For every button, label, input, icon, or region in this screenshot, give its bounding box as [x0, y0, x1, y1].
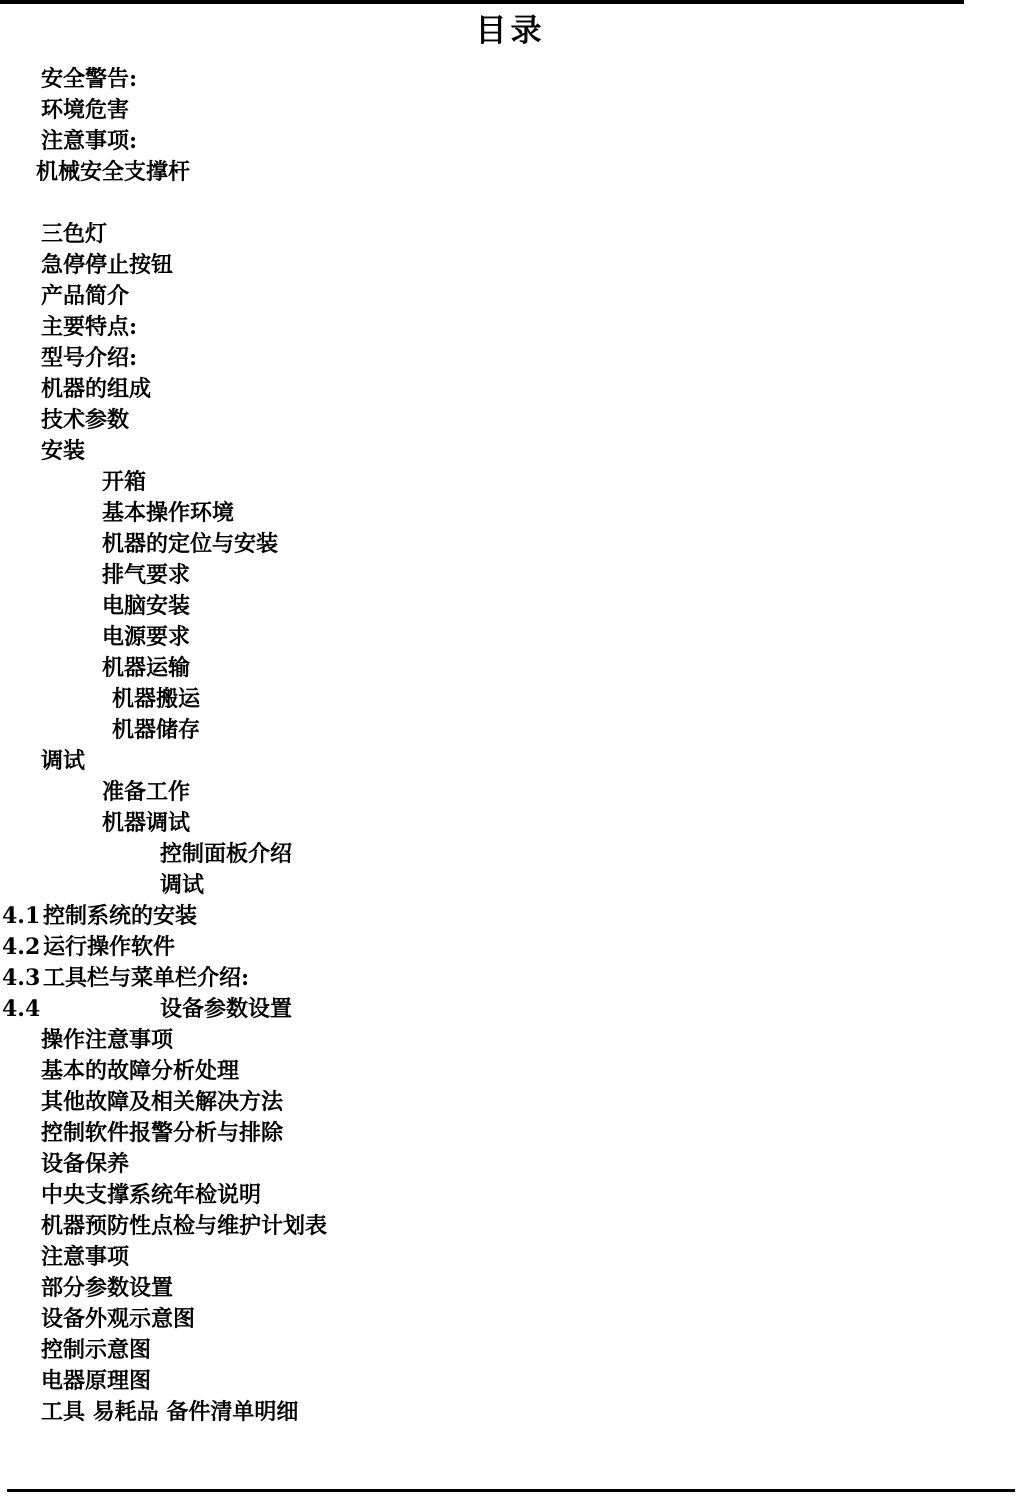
- toc-item-label: 调试: [160, 872, 204, 898]
- toc-item: 安装: [0, 436, 1021, 467]
- toc-item-label: 电脑安装: [102, 593, 190, 619]
- toc-item: 调试: [0, 870, 1021, 901]
- toc-item-label: 基本操作环境: [102, 500, 234, 526]
- toc-item-label: 设备外观示意图: [41, 1306, 195, 1332]
- toc-item: 设备保养: [0, 1149, 1021, 1180]
- toc-item: 开箱: [0, 467, 1021, 498]
- toc-item: 主要特点:: [0, 312, 1021, 343]
- toc-item-label: 机械安全支撑杆: [36, 159, 190, 185]
- toc-item: 急停停止按钮: [0, 250, 1021, 281]
- toc-item: 电器原理图: [0, 1366, 1021, 1397]
- toc-item-label: 运行操作软件: [43, 934, 175, 960]
- page-title: 目录: [0, 12, 1021, 50]
- toc-item: 机器运输: [0, 653, 1021, 684]
- toc-item: 注意事项: [0, 1242, 1021, 1273]
- toc-item-label: 机器的定位与安装: [102, 531, 278, 557]
- toc-item-label: 调试: [41, 748, 85, 774]
- toc-item: 机器搬运: [0, 684, 1021, 715]
- toc-item: 控制软件报警分析与排除: [0, 1118, 1021, 1149]
- toc-item-label: 机器运输: [102, 655, 190, 681]
- toc-item-label: 机器的组成: [41, 376, 151, 402]
- toc-item: 中央支撑系统年检说明: [0, 1180, 1021, 1211]
- toc-item-label: 机器储存: [112, 717, 200, 743]
- toc-item: 型号介绍:: [0, 343, 1021, 374]
- toc-item: 控制示意图: [0, 1335, 1021, 1366]
- toc-item: 操作注意事项: [0, 1025, 1021, 1056]
- toc-item: 部分参数设置: [0, 1273, 1021, 1304]
- toc-item: 电脑安装: [0, 591, 1021, 622]
- toc-item-label: 设备保养: [41, 1151, 129, 1177]
- toc-item-label: 产品简介: [41, 283, 129, 309]
- toc-item-label: 中央支撑系统年检说明: [41, 1182, 261, 1208]
- toc-item: 安全警告:: [0, 64, 1021, 95]
- toc-item-label: 排气要求: [102, 562, 190, 588]
- toc-item-label: 机器搬运: [112, 686, 200, 712]
- toc-item: 调试: [0, 746, 1021, 777]
- toc-item-label: 技术参数: [41, 407, 129, 433]
- toc-item: 技术参数: [0, 405, 1021, 436]
- toc-item: 排气要求: [0, 560, 1021, 591]
- toc-item-label: 环境危害: [41, 97, 129, 123]
- toc-item-label: 机器调试: [102, 810, 190, 836]
- footer-rule: [7, 1489, 1015, 1492]
- toc-item: 注意事项:: [0, 126, 1021, 157]
- toc-item-label: 设备参数设置: [160, 996, 292, 1022]
- toc-item-label: 安装: [41, 438, 85, 464]
- toc-item: 基本操作环境: [0, 498, 1021, 529]
- toc-item-label: 三色灯: [41, 221, 107, 247]
- toc-item: 机械安全支撑杆: [0, 157, 1021, 188]
- toc-item-number: 4.3: [2, 963, 43, 994]
- toc-item-label: 部分参数设置: [41, 1275, 173, 1301]
- toc-item-label: 工具 易耗品 备件清单明细: [41, 1399, 298, 1425]
- toc-item: 机器调试: [0, 808, 1021, 839]
- toc-item: 电源要求: [0, 622, 1021, 653]
- toc-item-label: 主要特点:: [41, 314, 137, 340]
- toc-spacer: [0, 188, 1021, 219]
- toc-item-label: 注意事项: [41, 1244, 129, 1270]
- toc-item-label: 控制示意图: [41, 1337, 151, 1363]
- toc-item: 三色灯: [0, 219, 1021, 250]
- toc-item-label: 机器预防性点检与维护计划表: [41, 1213, 327, 1239]
- toc-item-number: 4.2: [2, 932, 43, 963]
- toc-item-number: 4.1: [2, 901, 43, 932]
- toc-item-label: 开箱: [102, 469, 146, 495]
- toc-item-label: 控制软件报警分析与排除: [41, 1120, 283, 1146]
- toc-item-label: 电源要求: [102, 624, 190, 650]
- toc-item: 4.3工具栏与菜单栏介绍:: [0, 963, 1021, 994]
- toc-item: 环境危害: [0, 95, 1021, 126]
- toc-item: 机器的定位与安装: [0, 529, 1021, 560]
- toc-item: 工具 易耗品 备件清单明细: [0, 1397, 1021, 1428]
- toc-item: 准备工作: [0, 777, 1021, 808]
- toc-item-label: 操作注意事项: [41, 1027, 173, 1053]
- toc-item: 机器储存: [0, 715, 1021, 746]
- toc-item: 机器的组成: [0, 374, 1021, 405]
- toc-item-label: 准备工作: [102, 779, 190, 805]
- toc-item-label: 其他故障及相关解决方法: [41, 1089, 283, 1115]
- toc-item-label: 基本的故障分析处理: [41, 1058, 239, 1084]
- toc-item-label: 控制面板介绍: [160, 841, 292, 867]
- top-rule: [0, 0, 964, 4]
- toc-item-label: 工具栏与菜单栏介绍:: [43, 965, 249, 991]
- toc-item: 4.1控制系统的安装: [0, 901, 1021, 932]
- toc-item-label: 注意事项:: [41, 128, 137, 154]
- toc-item: 设备外观示意图: [0, 1304, 1021, 1335]
- toc-item-label: 安全警告:: [41, 66, 137, 92]
- toc-list: 安全警告:环境危害注意事项:机械安全支撑杆三色灯急停停止按钮产品简介主要特点:型…: [0, 64, 1021, 1428]
- toc-item-label: 型号介绍:: [41, 345, 137, 371]
- toc-item: 其他故障及相关解决方法: [0, 1087, 1021, 1118]
- toc-item-label: 电器原理图: [41, 1368, 151, 1394]
- toc-item: 基本的故障分析处理: [0, 1056, 1021, 1087]
- toc-item: 产品简介: [0, 281, 1021, 312]
- toc-item-label: 控制系统的安装: [43, 903, 197, 929]
- toc-item-number: 4.4: [2, 994, 160, 1025]
- toc-item: 4.4设备参数设置: [0, 994, 1021, 1025]
- toc-item: 控制面板介绍: [0, 839, 1021, 870]
- toc-item-label: 急停停止按钮: [41, 252, 173, 278]
- toc-item: 4.2运行操作软件: [0, 932, 1021, 963]
- toc-item: 机器预防性点检与维护计划表: [0, 1211, 1021, 1242]
